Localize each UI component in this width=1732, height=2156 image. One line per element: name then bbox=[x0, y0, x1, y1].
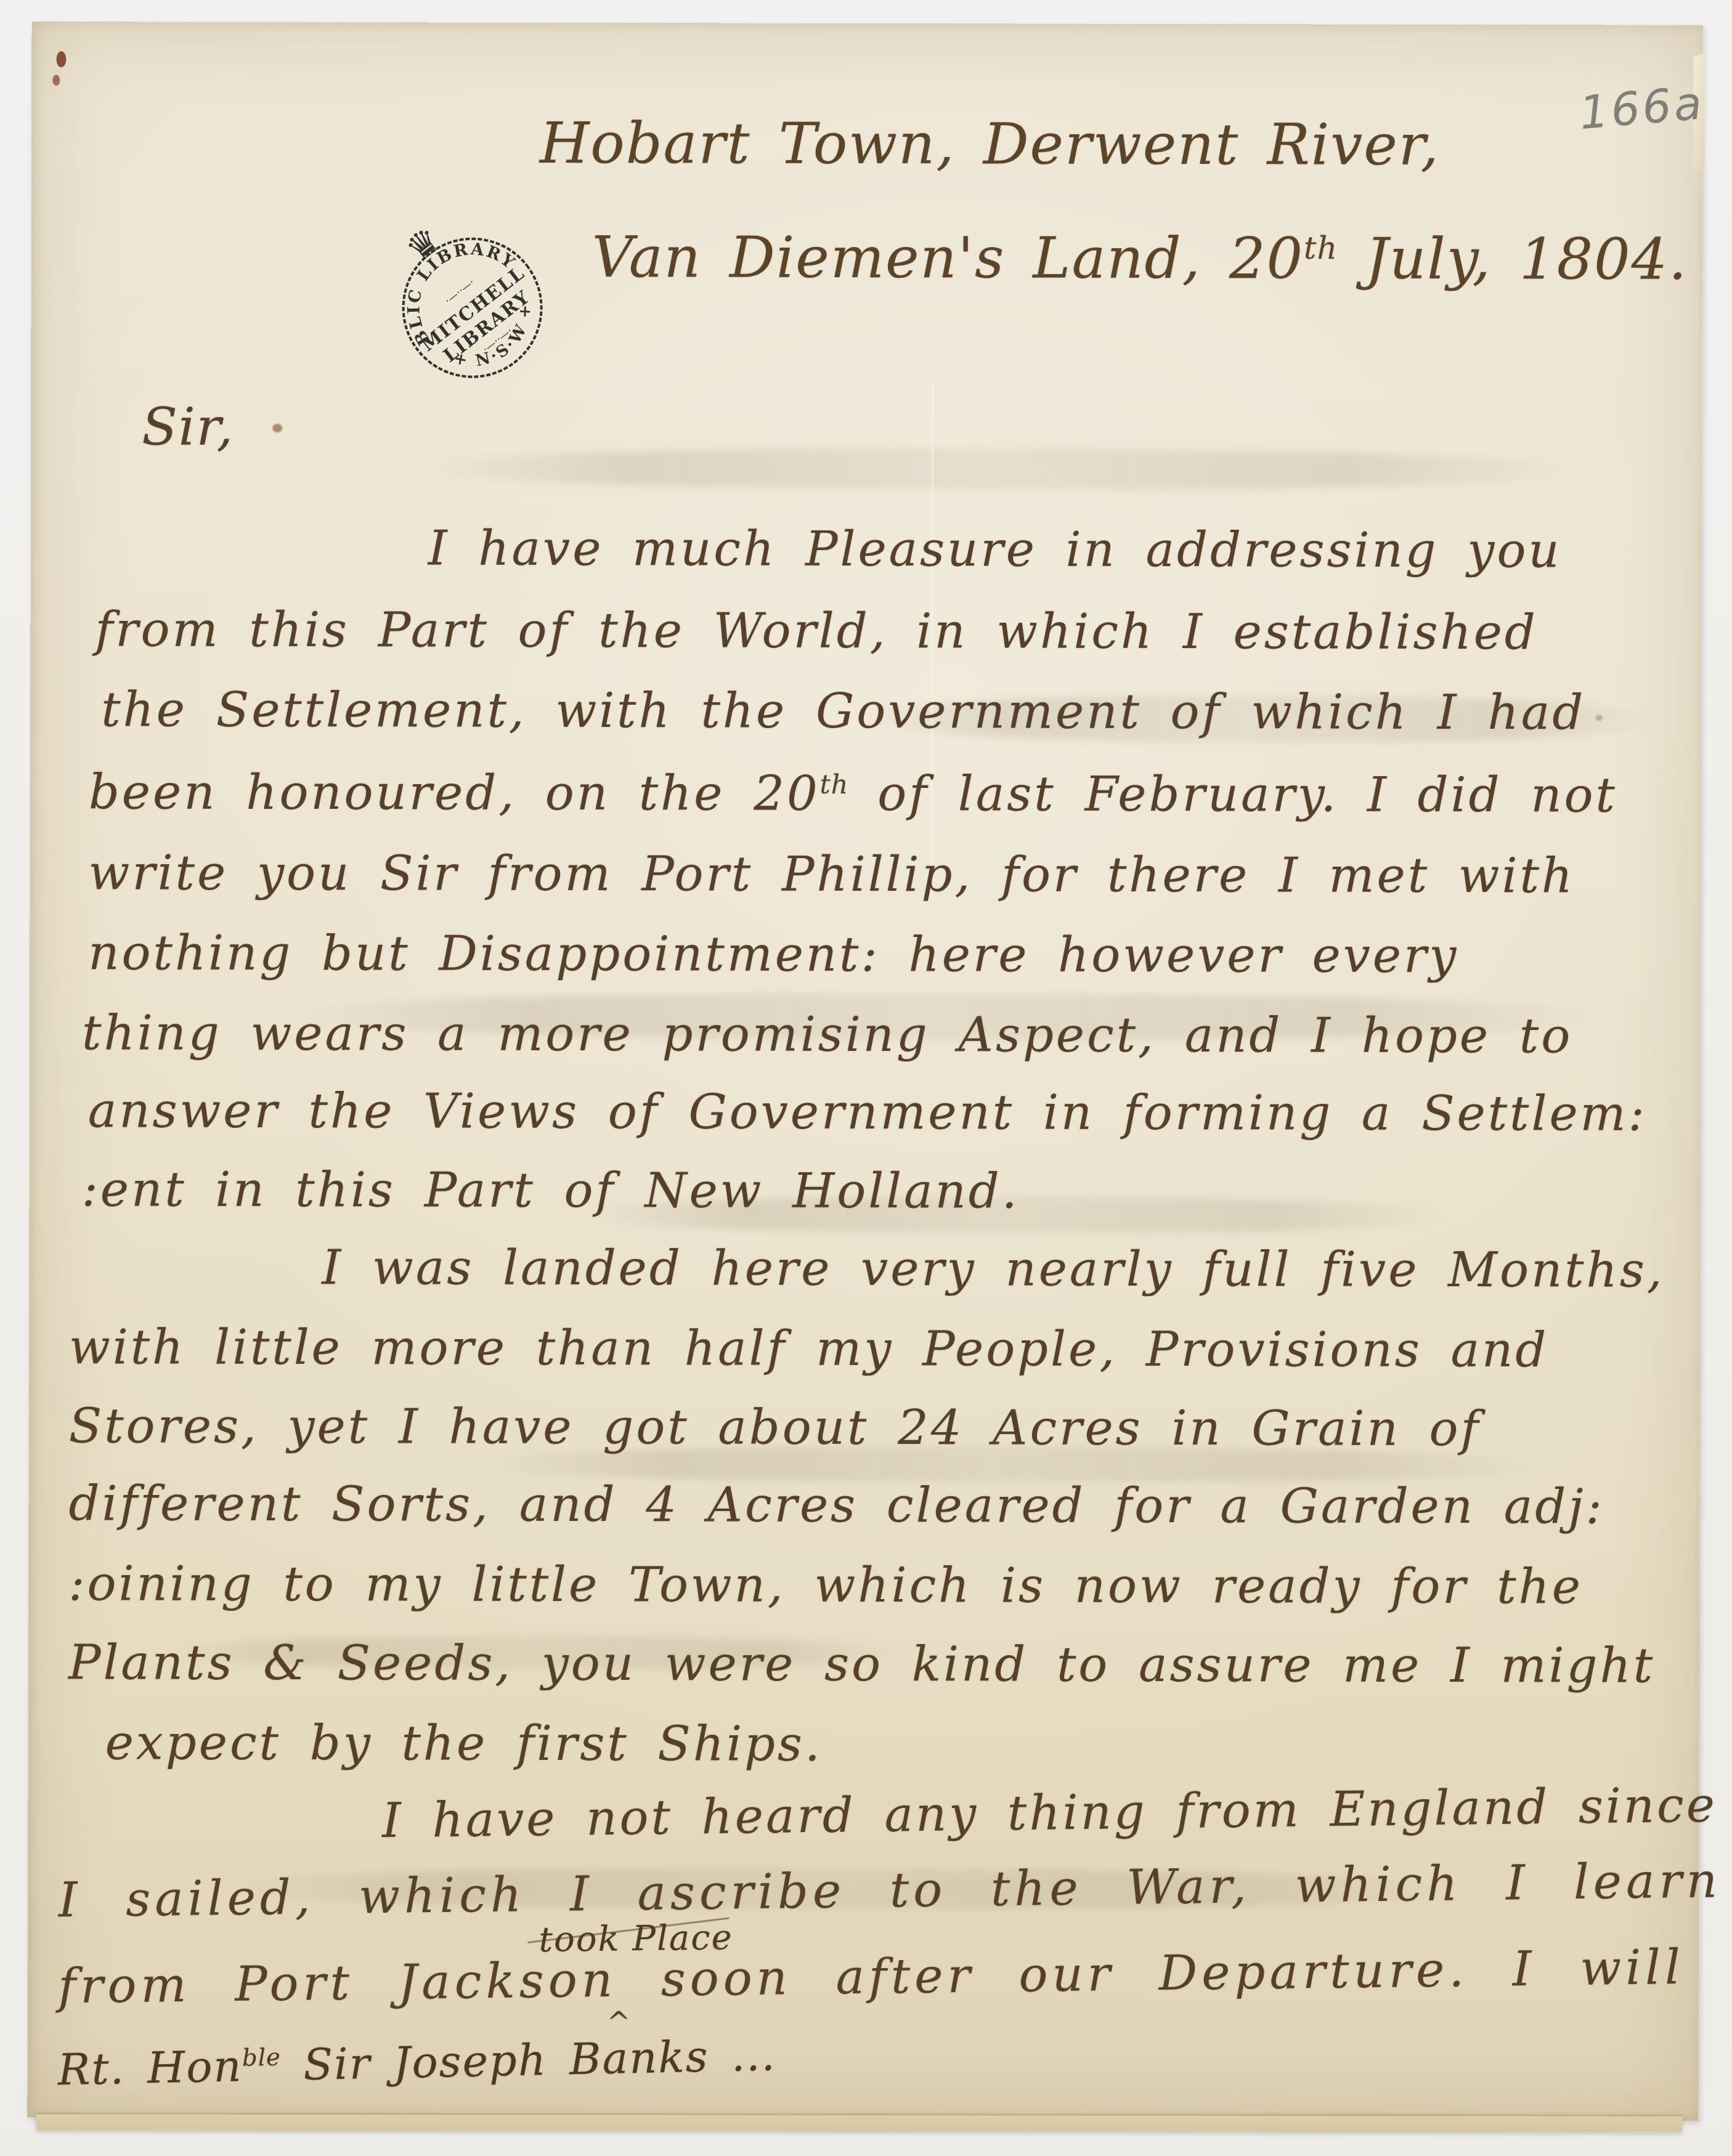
letter-line: the Settlement, with the Government of w… bbox=[101, 686, 1585, 737]
letter-line: Stores, yet I have got about 24 Acres in… bbox=[69, 1402, 1481, 1453]
recipient-address: Rt. Honble Sir Joseph Banks ... bbox=[57, 2033, 776, 2091]
ink-blot bbox=[56, 51, 66, 67]
heading-date-text: July, 1804. bbox=[1338, 226, 1688, 293]
letter-line: I have not heard any thing from England … bbox=[381, 1781, 1717, 1846]
letter-line: from Port Jackson soon after our Departu… bbox=[58, 1943, 1685, 2011]
page-number-annotation: 166a bbox=[1577, 76, 1706, 140]
ordinal-suffix: th bbox=[1304, 230, 1338, 266]
abbreviation-superscript: ble bbox=[242, 2043, 282, 2072]
letter-line: answer the Views of Government in formin… bbox=[88, 1087, 1647, 1138]
letter-line: been honoured, on the 20th of last Febru… bbox=[89, 768, 1617, 819]
page-bottom-fold bbox=[36, 2112, 1682, 2132]
letter-line: I have much Pleasure in addressing you bbox=[428, 525, 1562, 575]
interline-insertion: took Place bbox=[539, 1921, 733, 1958]
letter-line: I was landed here very nearly full five … bbox=[322, 1244, 1664, 1295]
fox-spot bbox=[1595, 715, 1603, 721]
letter-line: with little more than half my People, Pr… bbox=[69, 1323, 1548, 1374]
letter-line: from this Part of the World, in which I … bbox=[95, 606, 1537, 657]
letter-line: Plants & Seeds, you were so kind to assu… bbox=[68, 1639, 1655, 1690]
library-stamp: ♛ PUBLIC LIBRARY OF + N·S·W + ·—··—· MIT… bbox=[317, 152, 628, 463]
show-through-smudge bbox=[413, 447, 1584, 490]
salutation: Sir, bbox=[142, 401, 234, 453]
letter-line: thing wears a more promising Aspect, and… bbox=[82, 1009, 1572, 1060]
ordinal-suffix: th bbox=[820, 769, 849, 800]
letter-line: write you Sir from Port Phillip, for the… bbox=[89, 849, 1575, 900]
heading-date-text: Van Diemen's Land, 20 bbox=[592, 224, 1304, 291]
caret-mark: ^ bbox=[607, 2008, 631, 2036]
letter-line: :oining to my little Town, which is now … bbox=[68, 1560, 1583, 1611]
letter-line: I sailed, which I ascribe to the War, wh… bbox=[58, 1857, 1722, 1924]
heading-place-line: Hobart Town, Derwent River, bbox=[540, 115, 1440, 174]
fox-spot bbox=[272, 424, 282, 432]
letter-line: different Sorts, and 4 Acres cleared for… bbox=[68, 1480, 1604, 1531]
letter-line: :ent in this Part of New Holland. bbox=[82, 1165, 1020, 1215]
ink-blot bbox=[52, 75, 60, 86]
heading-date-line: Van Diemen's Land, 20th July, 1804. bbox=[592, 229, 1688, 288]
letter-line: expect by the first Ships. bbox=[105, 1719, 823, 1768]
letter-line: nothing but Disappointment: here however… bbox=[88, 929, 1458, 980]
letter-page: 166a ♛ PUBLIC LIBRARY OF + N·S·W + ·—··—… bbox=[27, 22, 1702, 2121]
